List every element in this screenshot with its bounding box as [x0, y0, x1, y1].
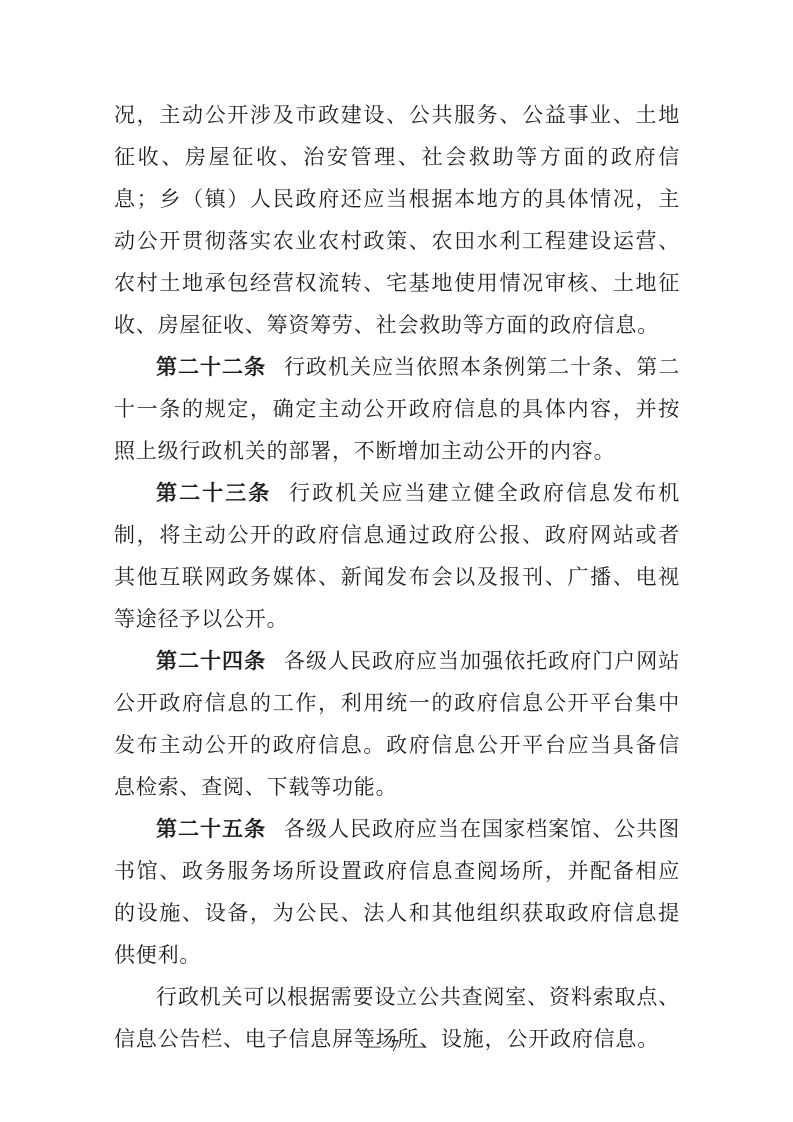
page-body: 况，主动公开涉及市政建设、公共服务、公益事业、土地征收、房屋征收、治安管理、社会…	[114, 94, 680, 1060]
paragraph-article-22: 第二十二条行政机关应当依照本条例第二十条、第二十一条的规定，确定主动公开政府信息…	[114, 346, 680, 472]
article-number: 第二十四条	[156, 649, 266, 673]
paragraph-article-24: 第二十四条各级人民政府应当加强依托政府门户网站公开政府信息的工作，利用统一的政府…	[114, 640, 680, 808]
article-number: 第二十三条	[156, 481, 271, 505]
article-number: 第二十二条	[156, 355, 266, 379]
article-number: 第二十五条	[156, 817, 266, 841]
paragraph-text: 况，主动公开涉及市政建设、公共服务、公益事业、土地征收、房屋征收、治安管理、社会…	[114, 103, 680, 337]
paragraph-article-23: 第二十三条行政机关应当建立健全政府信息发布机制，将主动公开的政府信息通过政府公报…	[114, 472, 680, 640]
page-number: — 7 —	[0, 1036, 793, 1056]
document-page: { "document": { "page_number": "— 7 —", …	[0, 0, 793, 1122]
paragraph-article-25: 第二十五条各级人民政府应当在国家档案馆、公共图书馆、政务服务场所设置政府信息查阅…	[114, 808, 680, 976]
paragraph-continuation: 况，主动公开涉及市政建设、公共服务、公益事业、土地征收、房屋征收、治安管理、社会…	[114, 94, 680, 346]
